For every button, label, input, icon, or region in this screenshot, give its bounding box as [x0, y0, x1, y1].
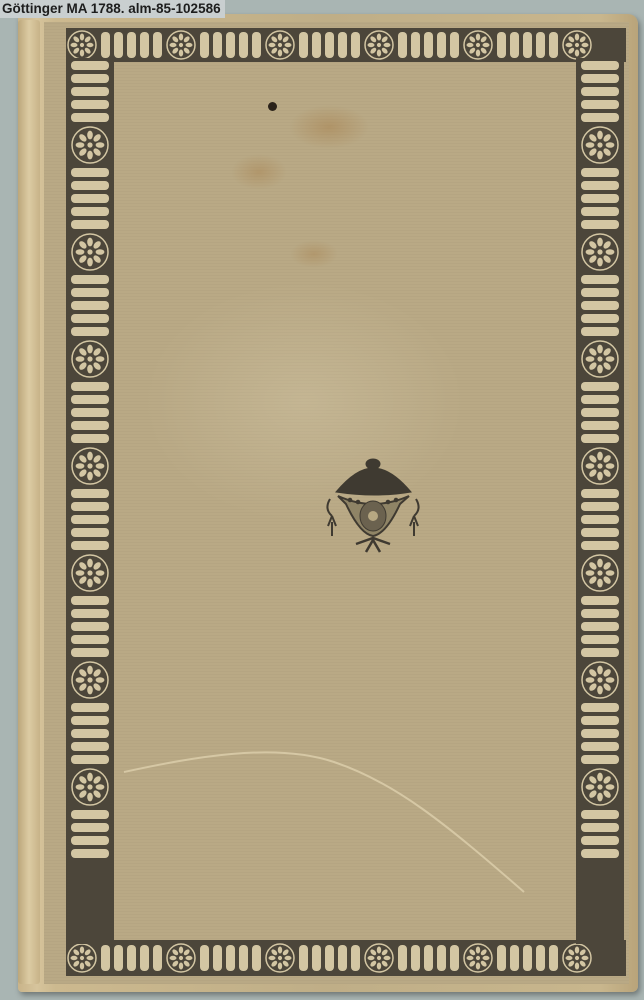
- book-edge: [18, 20, 40, 984]
- urn-vignette-icon: [316, 454, 431, 564]
- book-cover: [44, 22, 629, 984]
- image-caption: Göttinger MA 1788. alm-85-102586: [0, 0, 225, 18]
- book: [18, 14, 638, 992]
